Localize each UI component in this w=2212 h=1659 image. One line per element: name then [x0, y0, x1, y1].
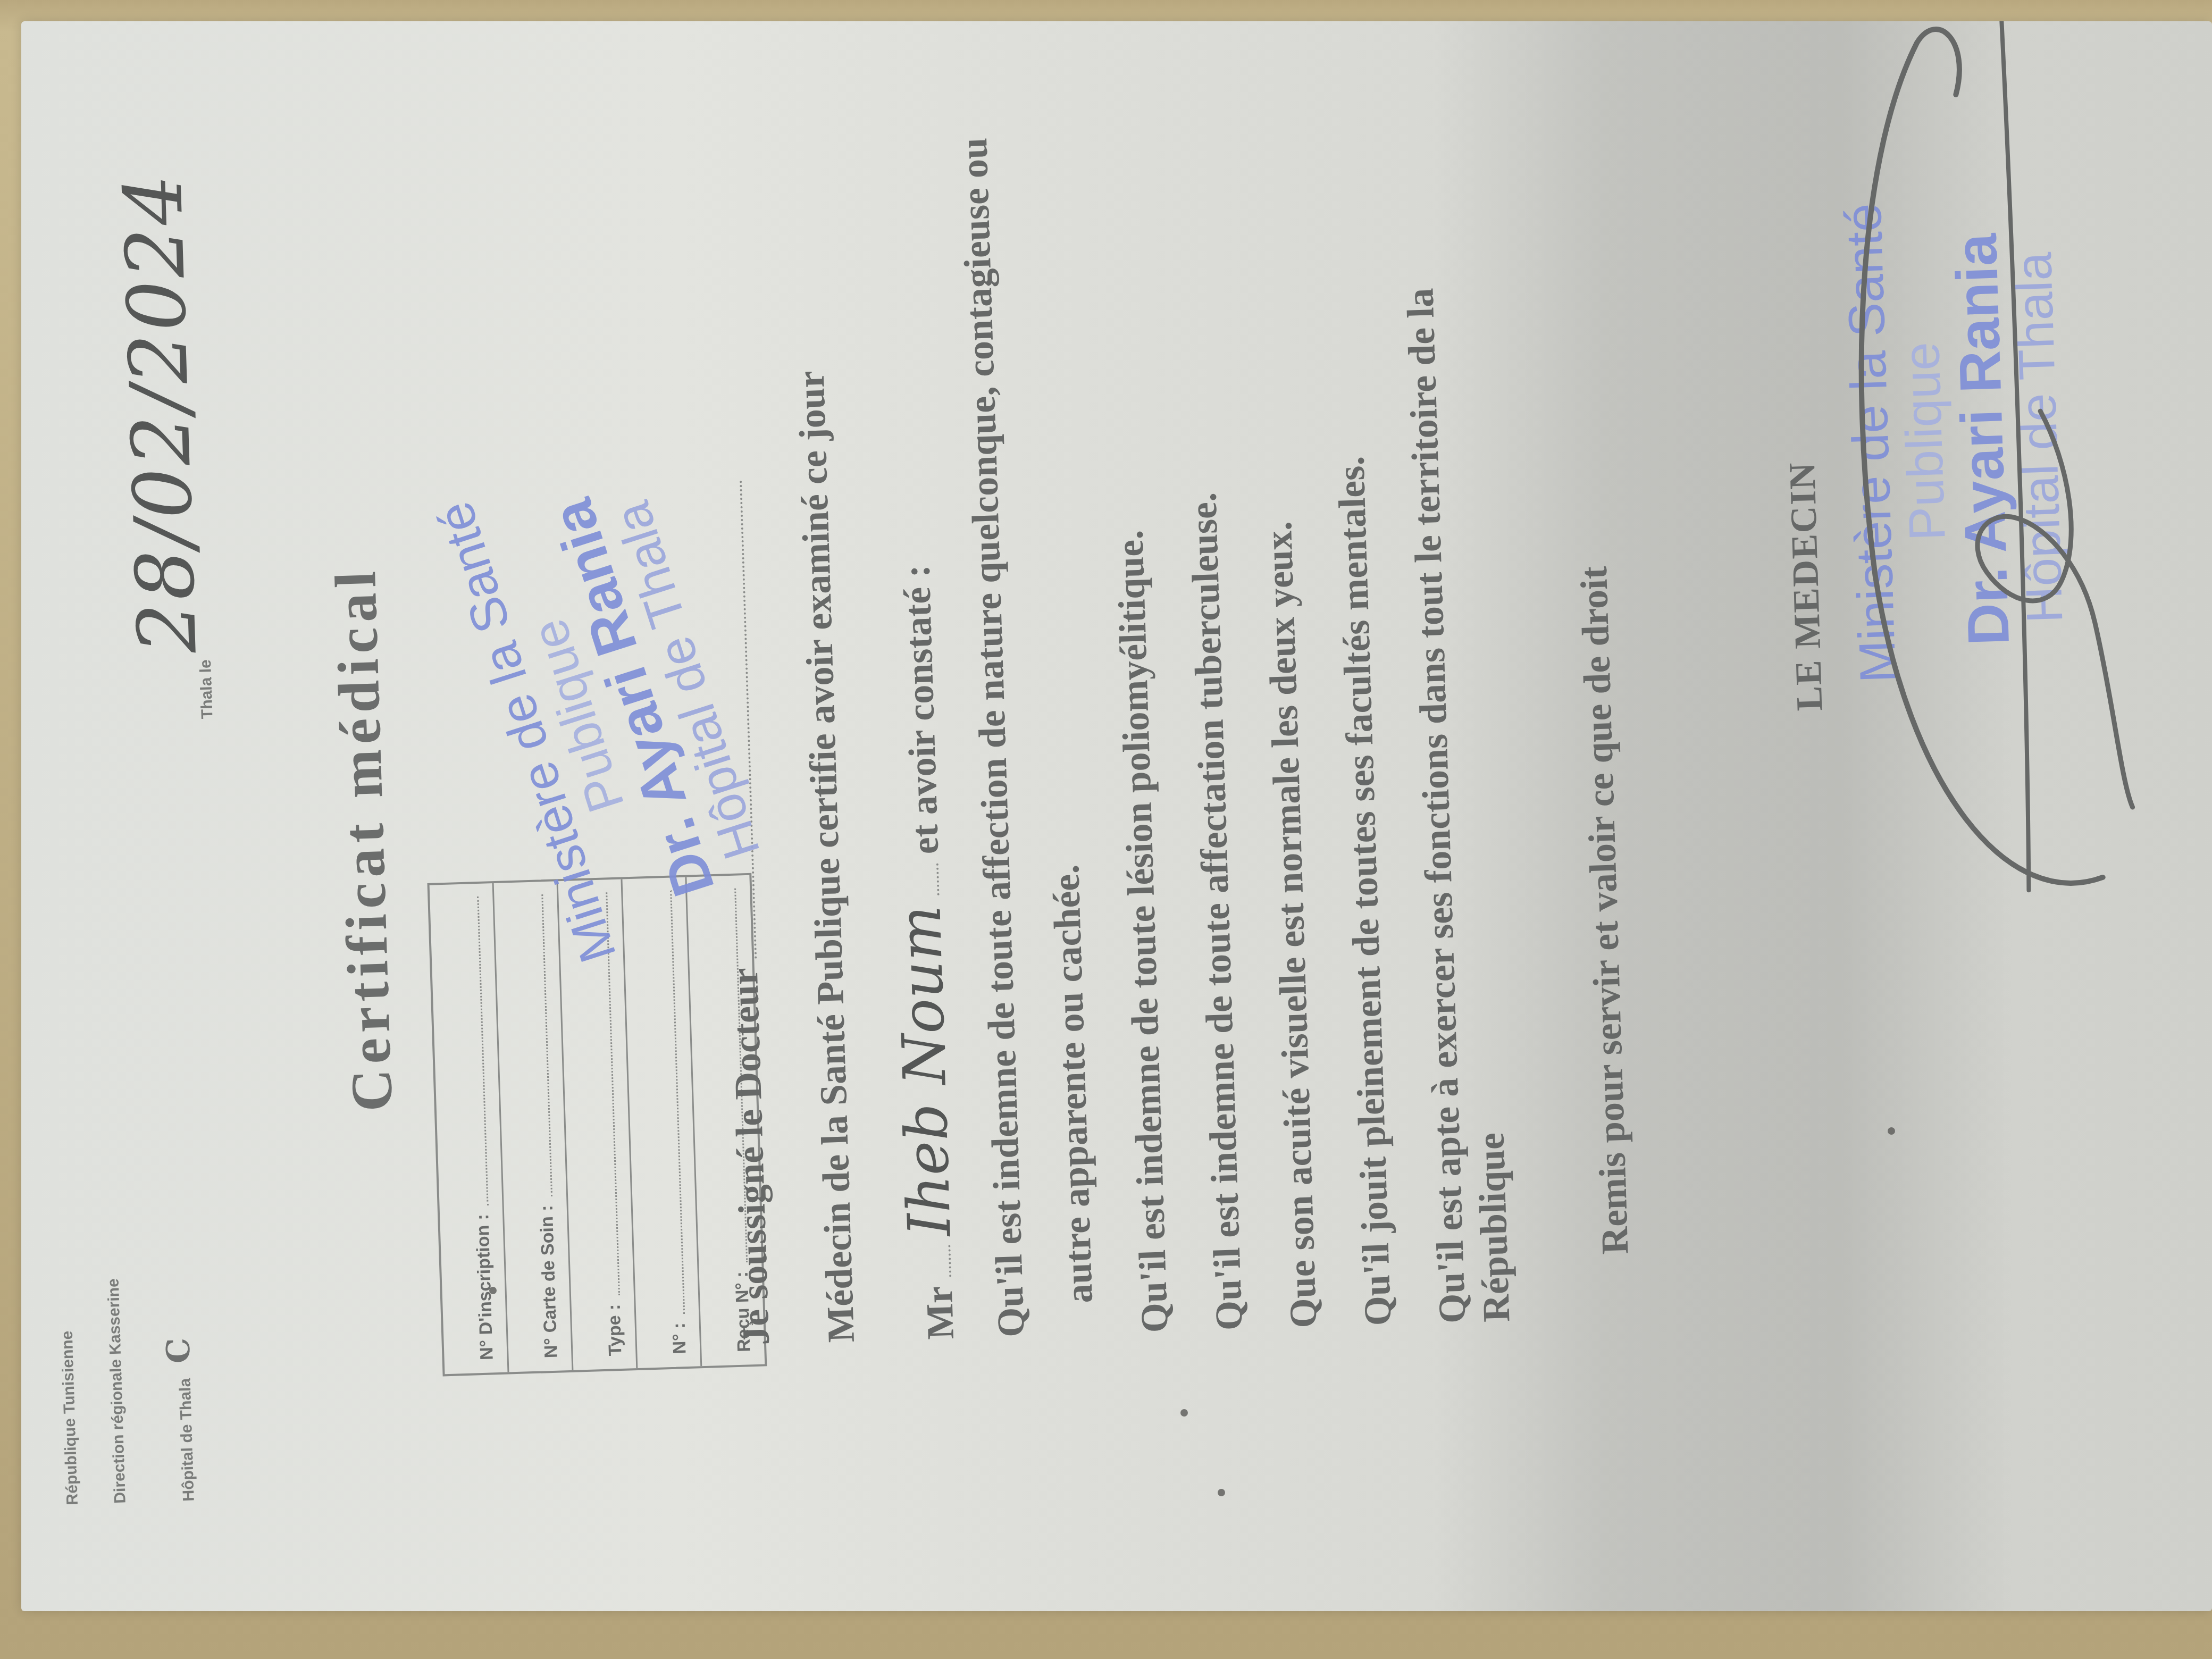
- clause: Qu'il est indemne de toute lésion poliom…: [1095, 110, 1177, 1333]
- blank-field: [477, 896, 488, 1205]
- ink-speck: [489, 1287, 497, 1294]
- header-direction: Direction régionale Kasserine: [105, 1278, 130, 1504]
- blank-field: [541, 894, 552, 1196]
- handwritten-signature: [1777, 21, 2179, 950]
- ink-speck: [1180, 1409, 1188, 1417]
- clause: Qu'il est indemne de toute affection de …: [951, 114, 1034, 1338]
- clause: Qu'il jouit pleinement de toutes ses fac…: [1318, 103, 1400, 1326]
- clause: Qu'il est apte à exercer ses fonctions d…: [1392, 99, 1519, 1324]
- ink-speck: [1218, 1489, 1225, 1496]
- certificate-paper: République Tunisienne Direction régional…: [21, 21, 2212, 1611]
- handwritten-date: 28/02/2024: [107, 171, 214, 655]
- ink-speck: [1888, 1127, 1895, 1135]
- place-label: Thala le: [197, 659, 216, 719]
- place-and-date: Thala le 28/02/2024: [107, 171, 216, 722]
- document-title: Certificat médical: [305, 43, 423, 1611]
- handwritten-patient-name: Iheb Noum: [885, 904, 963, 1237]
- patient-line: Mr Iheb Noum et avoir constaté :: [861, 116, 967, 1341]
- closing-statement: Remis pour servir et valoir ce que de dr…: [1555, 31, 1637, 1255]
- header-hospital-mark: C: [160, 1337, 197, 1364]
- clause: Qu'il est indemne de toute affectation t…: [1169, 107, 1251, 1331]
- practitioner-line: Médecin de la Santé Publique certifie av…: [781, 120, 864, 1343]
- document-rotated: République Tunisienne Direction régional…: [21, 21, 2212, 1611]
- header-hospital: Hôpital de Thala C: [160, 1337, 202, 1502]
- header-hospital-name: Hôpital de Thala: [177, 1378, 198, 1502]
- header-ministry: République Tunisienne: [58, 1330, 82, 1505]
- clause: Que son acuité visuelle est normale les …: [1243, 105, 1326, 1328]
- clause: autre apparente ou cachée.: [1019, 80, 1102, 1304]
